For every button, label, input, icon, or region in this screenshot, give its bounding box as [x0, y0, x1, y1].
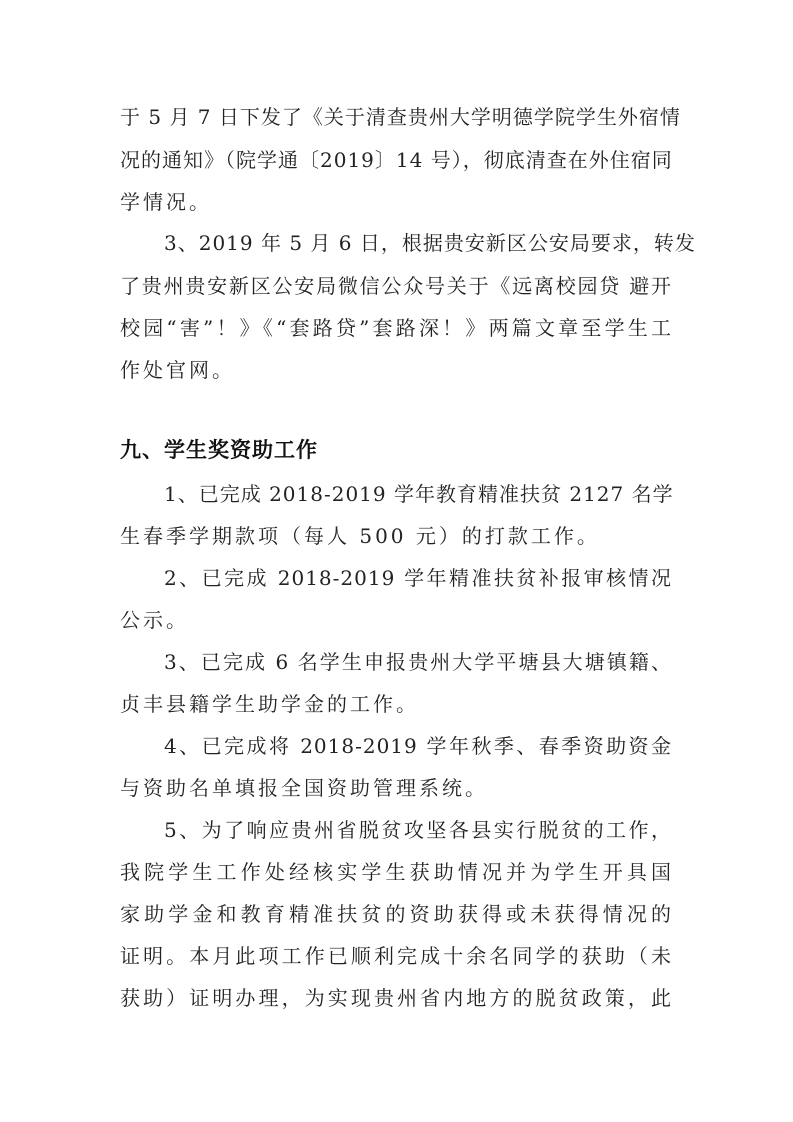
paragraph-line: 贞丰县籍学生助学金的工作。: [120, 689, 672, 719]
paragraph-line: 作处官网。: [120, 355, 672, 385]
paragraph-line: 家助学金和教育精准扶贫的资助获得或未获得情况的: [120, 899, 672, 929]
paragraph-line: 况的通知》（院学通〔2019〕14 号），彻底清查在外住宿同: [120, 145, 672, 175]
paragraph-line: 4、已完成将 2018-2019 学年秋季、春季资助资金: [164, 731, 672, 761]
paragraph-line: 生春季学期款项（每人 500 元）的打款工作。: [120, 521, 672, 551]
paragraph-line: 获助）证明办理，为实现贵州省内地方的脱贫政策，此: [120, 983, 672, 1013]
paragraph-line: 我院学生工作处经核实学生获助情况并为学生开具国: [120, 857, 672, 887]
paragraph-line: 于 5 月 7 日下发了《关于清查贵州大学明德学院学生外宿情: [120, 102, 672, 132]
section-heading: 九、学生奖资助工作: [120, 434, 318, 466]
paragraph-line: 学情况。: [120, 187, 672, 217]
paragraph-line: 5、为了响应贵州省脱贫攻坚各县实行脱贫的工作，: [164, 815, 672, 845]
paragraph-line: 1、已完成 2018-2019 学年教育精准扶贫 2127 名学: [164, 479, 672, 509]
paragraph-line: 证明。本月此项工作已顺利完成十余名同学的获助（未: [120, 941, 672, 971]
paragraph-line: 校园“害”！》《“套路贷”套路深！》两篇文章至学生工: [120, 313, 672, 343]
paragraph-line: 3、已完成 6 名学生申报贵州大学平塘县大塘镇籍、: [164, 647, 672, 677]
paragraph-line: 公示。: [120, 605, 672, 635]
document-page: 于 5 月 7 日下发了《关于清查贵州大学明德学院学生外宿情 况的通知》（院学通…: [0, 0, 793, 1122]
paragraph-line: 了贵州贵安新区公安局微信公众号关于《远离校园贷 避开: [120, 271, 672, 301]
paragraph-line: 3、2019 年 5 月 6 日，根据贵安新区公安局要求，转发: [164, 228, 672, 258]
paragraph-line: 与资助名单填报全国资助管理系统。: [120, 773, 672, 803]
paragraph-line: 2、已完成 2018-2019 学年精准扶贫补报审核情况: [164, 563, 672, 593]
